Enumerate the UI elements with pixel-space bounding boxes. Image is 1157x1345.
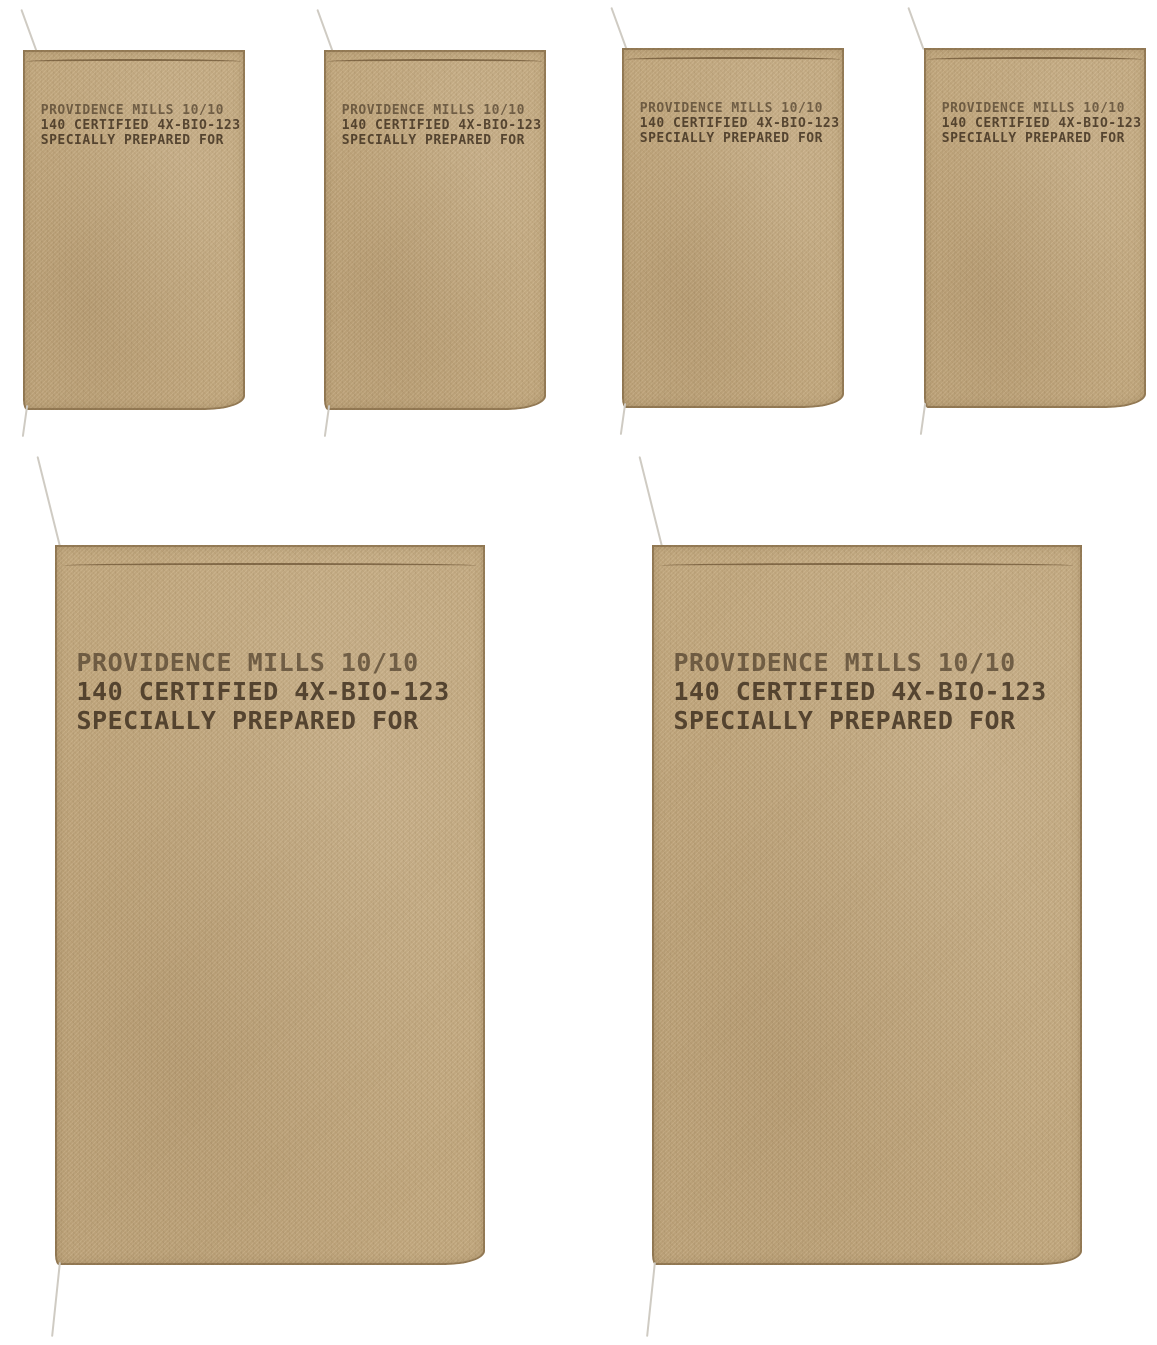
stencil-text: PROVIDENCE MILLS 10/10 140 CERTIFIED 4X-…	[342, 104, 540, 149]
stencil-line-1: PROVIDENCE MILLS 10/10	[640, 102, 838, 117]
sack-hem	[626, 57, 839, 62]
stencil-line-1: PROVIDENCE MILLS 10/10	[77, 649, 473, 678]
sack-hem	[928, 57, 1141, 62]
burlap-sack-small-3: PROVIDENCE MILLS 10/10 140 CERTIFIED 4X-…	[622, 48, 844, 408]
drawstring	[646, 1262, 656, 1337]
drawstring	[639, 456, 664, 549]
stencil-line-2: 140 CERTIFIED 4X-BIO-123	[674, 678, 1070, 707]
stencil-text: PROVIDENCE MILLS 10/10 140 CERTIFIED 4X-…	[640, 102, 838, 147]
drawstring	[907, 7, 924, 50]
burlap-sack-large-2: PROVIDENCE MILLS 10/10 140 CERTIFIED 4X-…	[652, 545, 1082, 1265]
stencil-line-1: PROVIDENCE MILLS 10/10	[942, 102, 1140, 117]
drawstring	[20, 9, 37, 52]
burlap-sack-large-1: PROVIDENCE MILLS 10/10 140 CERTIFIED 4X-…	[55, 545, 485, 1265]
drawstring	[37, 456, 62, 549]
burlap-sack-small-1: PROVIDENCE MILLS 10/10 140 CERTIFIED 4X-…	[23, 50, 245, 410]
burlap-sack-small-2: PROVIDENCE MILLS 10/10 140 CERTIFIED 4X-…	[324, 50, 546, 410]
sack-hem	[27, 59, 240, 64]
drawstring	[920, 403, 926, 435]
stencil-line-3: SPECIALLY PREPARED FOR	[942, 132, 1140, 147]
drawstring	[610, 7, 627, 50]
stencil-text: PROVIDENCE MILLS 10/10 140 CERTIFIED 4X-…	[674, 649, 1070, 735]
stencil-line-3: SPECIALLY PREPARED FOR	[674, 707, 1070, 736]
stencil-line-2: 140 CERTIFIED 4X-BIO-123	[942, 117, 1140, 132]
stencil-text: PROVIDENCE MILLS 10/10 140 CERTIFIED 4X-…	[77, 649, 473, 735]
sack-hem	[64, 563, 477, 568]
stencil-line-3: SPECIALLY PREPARED FOR	[640, 132, 838, 147]
stencil-line-1: PROVIDENCE MILLS 10/10	[674, 649, 1070, 678]
sack-hem	[661, 563, 1074, 568]
stencil-line-1: PROVIDENCE MILLS 10/10	[41, 104, 239, 119]
stencil-line-2: 140 CERTIFIED 4X-BIO-123	[41, 119, 239, 134]
stencil-line-2: 140 CERTIFIED 4X-BIO-123	[640, 117, 838, 132]
drawstring	[620, 403, 626, 435]
stencil-line-2: 140 CERTIFIED 4X-BIO-123	[77, 678, 473, 707]
stencil-text: PROVIDENCE MILLS 10/10 140 CERTIFIED 4X-…	[41, 104, 239, 149]
drawstring	[51, 1262, 61, 1337]
stencil-line-2: 140 CERTIFIED 4X-BIO-123	[342, 119, 540, 134]
stencil-text: PROVIDENCE MILLS 10/10 140 CERTIFIED 4X-…	[942, 102, 1140, 147]
stencil-line-3: SPECIALLY PREPARED FOR	[342, 134, 540, 149]
burlap-sack-small-4: PROVIDENCE MILLS 10/10 140 CERTIFIED 4X-…	[924, 48, 1146, 408]
stencil-line-3: SPECIALLY PREPARED FOR	[41, 134, 239, 149]
stencil-line-3: SPECIALLY PREPARED FOR	[77, 707, 473, 736]
sack-hem	[328, 59, 541, 64]
drawstring	[316, 9, 333, 52]
stencil-line-1: PROVIDENCE MILLS 10/10	[342, 104, 540, 119]
drawstring	[324, 405, 330, 437]
drawstring	[22, 405, 28, 437]
